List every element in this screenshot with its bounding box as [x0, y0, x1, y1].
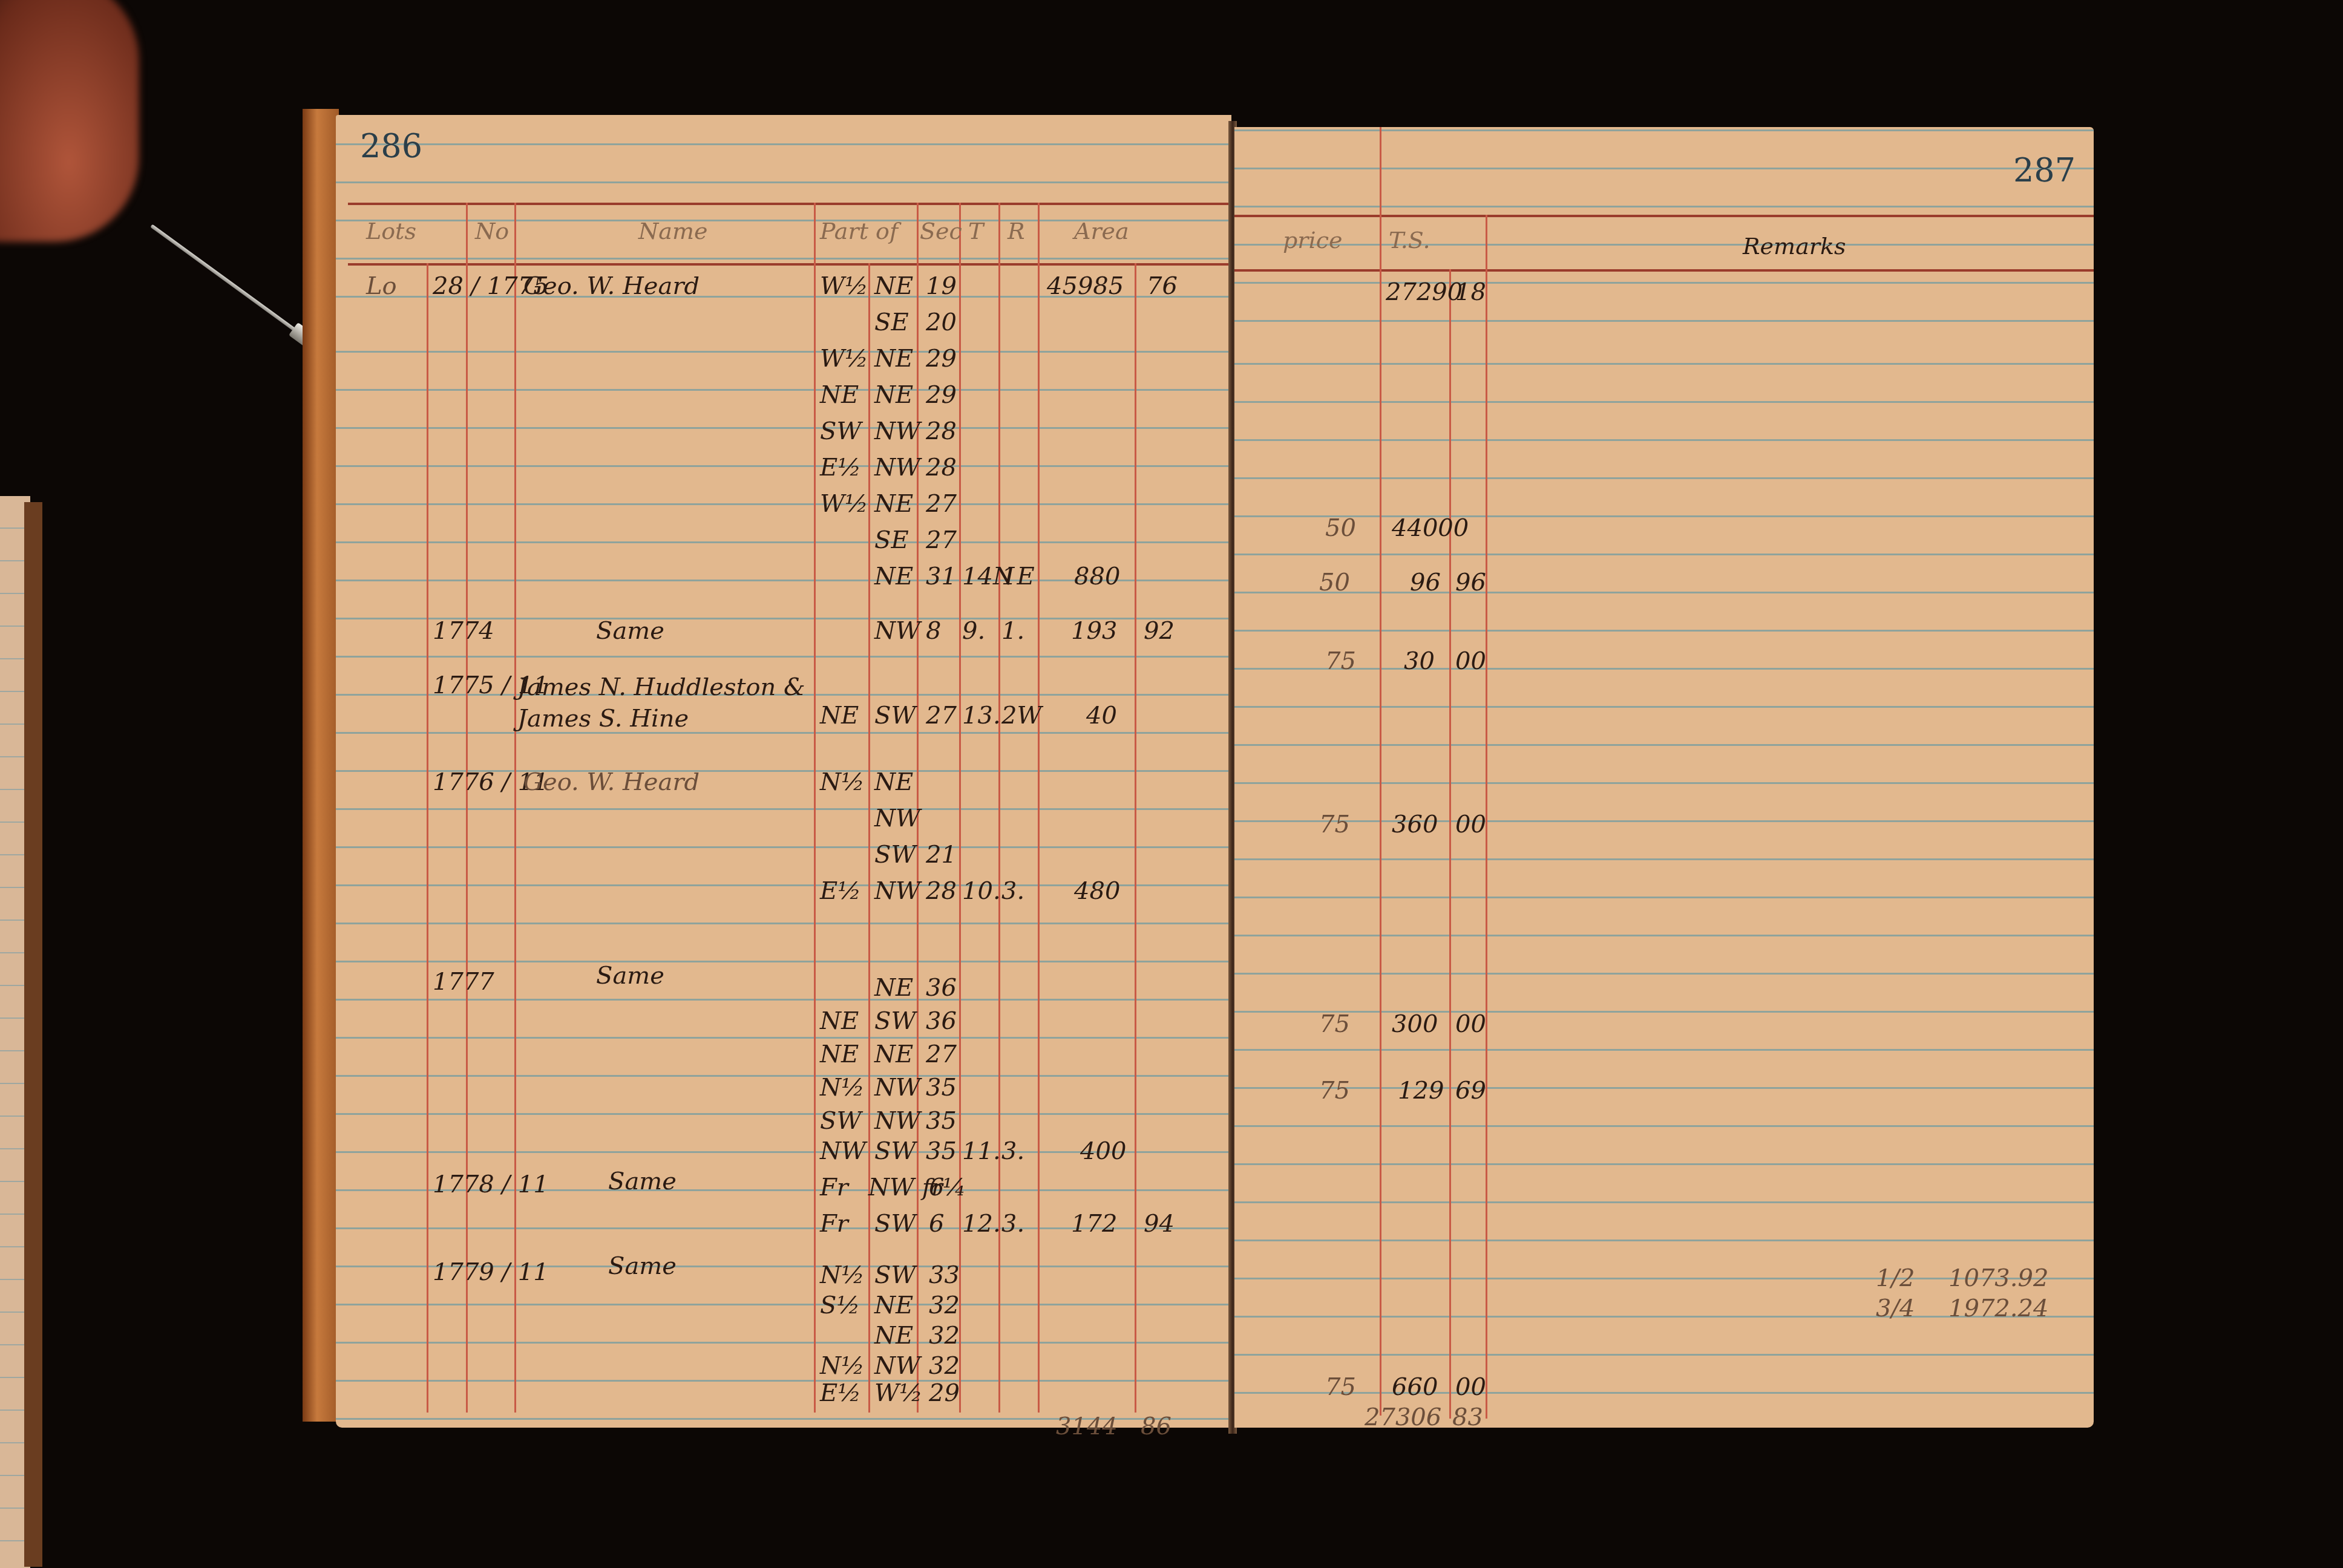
- row-part: Fr: [820, 1174, 848, 1201]
- row-sec: 29: [926, 345, 957, 373]
- row-area-cents: 94: [1144, 1210, 1175, 1238]
- entry-ts-cents: 96: [1455, 569, 1486, 596]
- entry-price: 75: [1319, 1077, 1350, 1105]
- row-range: 1.: [1001, 617, 1024, 645]
- entry-ts: 300: [1392, 1010, 1438, 1038]
- entry-ts: 44000: [1392, 514, 1469, 542]
- row-sec: 6: [929, 1210, 944, 1238]
- ledger-page-right: 287 price T.S. Remarks 27290 18 50 44000…: [1234, 127, 2094, 1428]
- remark-fraction: 3/4: [1876, 1295, 1915, 1322]
- top-carry-total-cents: 18: [1455, 278, 1486, 306]
- row-township: 10.: [962, 877, 1001, 905]
- row-part: SW: [820, 417, 862, 445]
- row-quarter: NW: [874, 877, 920, 905]
- row-part: Fr: [820, 1210, 848, 1238]
- row-part: NE: [820, 1007, 859, 1035]
- entry-ts-cents: 00: [1455, 1010, 1486, 1038]
- row-range: 1E: [1001, 563, 1035, 590]
- entry-name: Geo. W. Heard: [523, 768, 700, 796]
- row-area: 480: [1074, 877, 1120, 905]
- row-quarter: NE: [874, 381, 913, 409]
- hand: [0, 0, 139, 242]
- row-sec: 31: [926, 563, 957, 590]
- row-range: 3.: [1001, 877, 1024, 905]
- row-quarter: NW fr¼: [868, 1174, 966, 1201]
- row-area-cents: 76: [1147, 272, 1178, 300]
- row-quarter: NE: [874, 974, 913, 1002]
- row-quarter: NE: [874, 1322, 913, 1350]
- entry-no: 1774: [433, 617, 494, 645]
- entry-name: Same: [596, 962, 664, 990]
- row-sec: 28: [926, 454, 957, 482]
- row-part: W½: [820, 345, 868, 373]
- row-sec: 21: [926, 841, 957, 869]
- row-quarter: NE: [874, 490, 913, 518]
- remark-amount: 1073.92: [1948, 1264, 2048, 1292]
- entry-name: Same: [608, 1252, 677, 1280]
- row-quarter: SW: [874, 1137, 916, 1165]
- row-quarter: SW: [874, 1007, 916, 1035]
- row-part: E½: [820, 1379, 861, 1407]
- row-quarter: NE: [874, 1292, 913, 1319]
- row-quarter: NE: [874, 563, 913, 590]
- header-price: price: [1283, 227, 1342, 253]
- row-sec: 28: [926, 417, 957, 445]
- row-quarter: SW: [874, 1210, 916, 1238]
- page-total-area: 3144: [1056, 1413, 1118, 1440]
- row-sec: 6: [929, 1174, 944, 1201]
- row-quarter: SE: [874, 309, 909, 336]
- header-no: No: [475, 218, 509, 244]
- row-sec: 29: [926, 381, 957, 409]
- entry-name: Same: [608, 1168, 677, 1195]
- row-quarter: W½: [874, 1379, 923, 1407]
- row-part: E½: [820, 454, 861, 482]
- row-sec: 28: [926, 877, 957, 905]
- entry-ts-cents: 69: [1455, 1077, 1486, 1105]
- header-lots: Lots: [366, 218, 416, 244]
- row-quarter: SW: [874, 702, 916, 730]
- row-sec: 8: [926, 617, 941, 645]
- entry-ts: 96: [1410, 569, 1441, 596]
- row-quarter: SE: [874, 526, 909, 554]
- entry-name: James N. Huddleston & James S. Hine: [517, 671, 808, 734]
- row-sec: 20: [926, 309, 957, 336]
- header-t: T: [968, 218, 983, 244]
- row-township: 9.: [962, 617, 985, 645]
- entry-ts: 660: [1392, 1373, 1438, 1401]
- row-area: 40: [1086, 702, 1117, 730]
- row-quarter: NE: [874, 1040, 913, 1068]
- row-range: 2W: [1001, 702, 1042, 730]
- row-quarter: NW: [874, 617, 920, 645]
- row-sec: 33: [929, 1261, 960, 1289]
- row-area: 172: [1071, 1210, 1117, 1238]
- header-remarks: Remarks: [1743, 233, 1846, 260]
- row-sec: 32: [929, 1322, 960, 1350]
- row-area: 193: [1071, 617, 1117, 645]
- entry-price: 75: [1319, 811, 1350, 838]
- row-area: 880: [1074, 563, 1120, 590]
- row-sec: 35: [926, 1137, 957, 1165]
- row-part: NE: [820, 1040, 859, 1068]
- header-sec: Sec: [920, 218, 962, 244]
- row-area: 400: [1080, 1137, 1126, 1165]
- page-total-ts: 27306: [1365, 1403, 1441, 1431]
- header-area: Area: [1074, 218, 1129, 244]
- row-part: SW: [820, 1107, 862, 1135]
- row-part: N½: [820, 768, 865, 796]
- row-quarter: NW: [874, 1107, 920, 1135]
- entry-price: 75: [1319, 1010, 1350, 1038]
- row-quarter: SW: [874, 1261, 916, 1289]
- header-r: R: [1008, 218, 1025, 244]
- row-range: 3.: [1001, 1210, 1024, 1238]
- entry-price: 50: [1319, 569, 1350, 596]
- row-area: 45985: [1047, 272, 1124, 300]
- row-quarter: NW: [874, 454, 920, 482]
- header-ts: T.S.: [1389, 227, 1430, 253]
- entry-no: 1778 / 11: [433, 1171, 549, 1198]
- entry-lot: Lo: [366, 272, 397, 300]
- row-quarter: NW: [874, 1352, 920, 1380]
- remark-amount: 1972.24: [1948, 1295, 2048, 1322]
- row-quarter: NE: [874, 272, 913, 300]
- row-part: N½: [820, 1074, 865, 1102]
- entry-ts-cents: 00: [1455, 1373, 1486, 1401]
- row-sec: 32: [929, 1352, 960, 1380]
- entry-no: 1777: [433, 968, 494, 996]
- header-name: Name: [638, 218, 707, 244]
- row-part: W½: [820, 272, 868, 300]
- row-township: 12.: [962, 1210, 1001, 1238]
- entry-ts: 30: [1404, 647, 1435, 675]
- row-range: 3.: [1001, 1137, 1024, 1165]
- row-part: E½: [820, 877, 861, 905]
- row-part: N½: [820, 1352, 865, 1380]
- entry-price: 75: [1325, 1373, 1356, 1401]
- row-sec: 29: [929, 1379, 960, 1407]
- row-sec: 27: [926, 1040, 957, 1068]
- page-total-area-cents: 86: [1141, 1413, 1171, 1440]
- entry-ts-cents: 00: [1455, 811, 1486, 838]
- row-township: 13.: [962, 702, 1001, 730]
- row-area-cents: 92: [1144, 617, 1175, 645]
- row-sec: 27: [926, 526, 957, 554]
- row-sec: 36: [926, 1007, 957, 1035]
- page-number-left: 286: [360, 127, 422, 165]
- row-quarter: SW: [874, 841, 916, 869]
- entry-name: Geo. W. Heard: [523, 272, 700, 300]
- entry-ts: 360: [1392, 811, 1438, 838]
- row-sec: 32: [929, 1292, 960, 1319]
- entry-ts-cents: 00: [1455, 647, 1486, 675]
- entry-price: 75: [1325, 647, 1356, 675]
- row-sec: 36: [926, 974, 957, 1002]
- row-sec: 27: [926, 490, 957, 518]
- page-number-right: 287: [2013, 151, 2076, 189]
- ledger-page-left: 286 Lots No Name Part of Sec T R Area Lo…: [336, 115, 1231, 1428]
- row-quarter: NE: [874, 345, 913, 373]
- row-part: S½: [820, 1292, 860, 1319]
- row-part: NW: [820, 1137, 866, 1165]
- row-township: 11.: [962, 1137, 1001, 1165]
- book-fore-edge: [303, 109, 339, 1422]
- entry-price: 50: [1325, 514, 1356, 542]
- page-total-ts-cents: 83: [1452, 1403, 1483, 1431]
- row-sec: 35: [926, 1107, 957, 1135]
- adjacent-book-binding: [24, 502, 42, 1567]
- entry-ts: 129: [1398, 1077, 1444, 1105]
- row-part: NE: [820, 381, 859, 409]
- row-quarter: NE: [874, 768, 913, 796]
- entry-name: Same: [596, 617, 664, 645]
- top-carry-total: 27290: [1386, 278, 1463, 306]
- row-part: NE: [820, 702, 859, 730]
- row-sec: 35: [926, 1074, 957, 1102]
- row-sec: 19: [926, 272, 957, 300]
- row-quarter: NW: [874, 805, 920, 832]
- header-part-of: Part of: [820, 218, 898, 244]
- row-quarter: NW: [874, 1074, 920, 1102]
- row-sec: 27: [926, 702, 957, 730]
- row-part: N½: [820, 1261, 865, 1289]
- row-part: W½: [820, 490, 868, 518]
- entry-no: 1779 / 11: [433, 1258, 549, 1286]
- remark-fraction: 1/2: [1876, 1264, 1915, 1292]
- row-quarter: NW: [874, 417, 920, 445]
